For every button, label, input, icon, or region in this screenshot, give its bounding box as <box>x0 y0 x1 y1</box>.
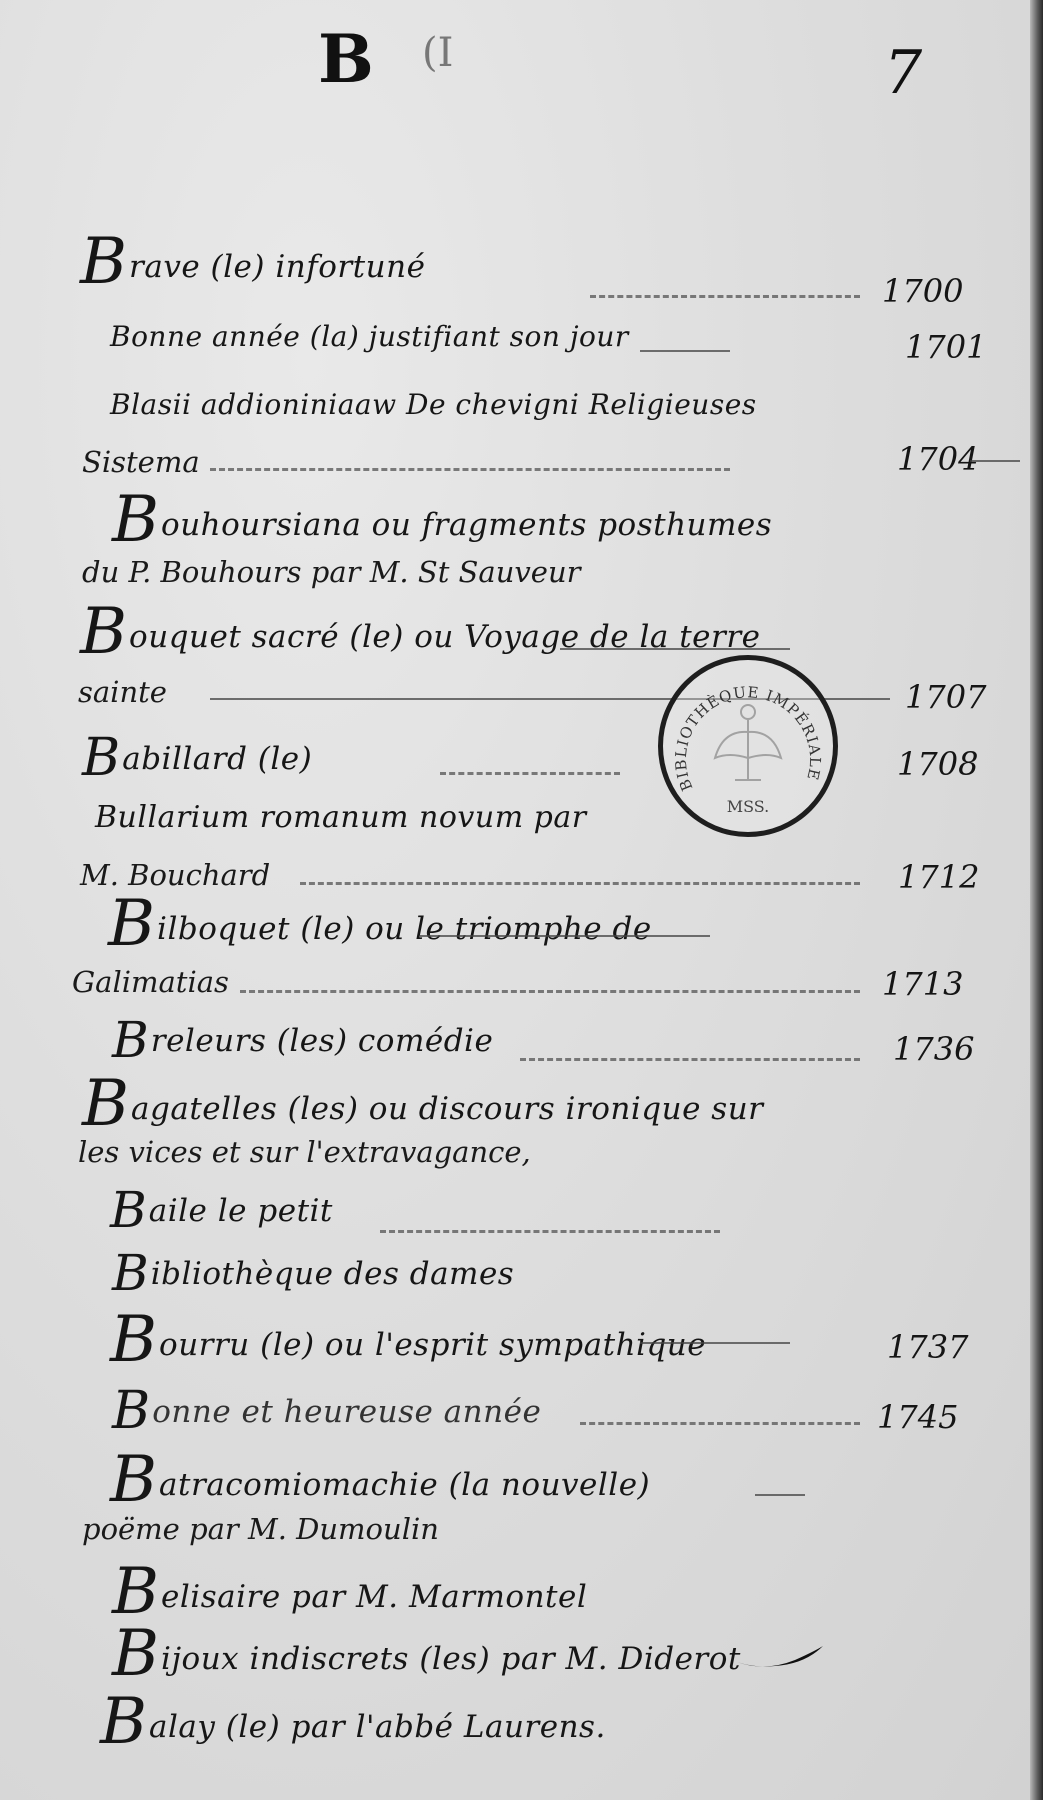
leader-dots <box>520 1058 860 1061</box>
entry-year: 1701 <box>905 328 986 366</box>
entry-bagatelles: Bagatelles (les) ou discours ironique su… <box>82 1072 764 1136</box>
entry-year: 1736 <box>893 1030 974 1068</box>
leader-dots <box>240 990 860 993</box>
entry-title: atracomiomachie (la nouvelle) <box>159 1467 650 1503</box>
entry-initial: B <box>110 1443 157 1517</box>
entry-initial: B <box>80 225 127 299</box>
entry-title: abillard (le) <box>122 741 312 777</box>
entry-title: releurs (les) comédie <box>151 1023 494 1059</box>
entry-year: 1745 <box>877 1398 958 1436</box>
ink-flourish <box>735 1642 825 1672</box>
entry-bijoux-indiscrets: Bijoux indiscrets (les) par M. Diderot <box>112 1622 741 1686</box>
entry-year: 1708 <box>897 745 978 783</box>
entry-title: ijoux indiscrets (les) par M. Diderot <box>161 1641 741 1677</box>
entry-title: ourru (le) ou l'esprit sympathique <box>159 1327 706 1363</box>
entry-year: 1713 <box>882 965 963 1003</box>
entry-initial: B <box>100 1685 147 1759</box>
entry-initial: B <box>110 320 131 353</box>
section-mark: (I <box>422 30 453 76</box>
entry-initial: B <box>112 1244 149 1302</box>
entry-title: onne et heureuse année <box>152 1394 541 1430</box>
entry-title: alay (le) par l'abbé Laurens. <box>149 1709 606 1745</box>
stamp-subtext: MSS. <box>727 797 770 816</box>
underline-rule <box>420 935 710 937</box>
entry-year: 1737 <box>887 1328 968 1366</box>
entry-continuation: les vices et sur l'extravagance, <box>78 1135 531 1169</box>
entry-title: elisaire par M. Marmontel <box>161 1579 587 1615</box>
library-stamp: BIBLIOTHÈQUE IMPÉRIALE MSS. <box>658 655 838 837</box>
underline-rule <box>640 350 730 352</box>
entry-bilboquet: Bilboquet (le) ou le triomphe de <box>108 892 652 956</box>
entry-title: ibliothèque des dames <box>151 1256 514 1292</box>
entry-year: 1707 <box>905 678 986 716</box>
entry-continuation: Galimatias <box>72 965 229 999</box>
leader-dots <box>590 295 860 298</box>
entry-blasii: Blasii addioniniaaw De chevigni Religieu… <box>110 388 757 421</box>
entry-title: ilboquet (le) ou le triomphe de <box>157 911 652 947</box>
entry-baile-le-petit: Baile le petit <box>110 1185 333 1235</box>
entry-initial: B <box>112 1011 149 1069</box>
leader-dots <box>580 1422 860 1425</box>
entry-initial: B <box>108 887 155 961</box>
entry-year: 1704 <box>897 440 978 478</box>
entry-title: aile le petit <box>149 1193 333 1229</box>
stamp-emblem-icon: BIBLIOTHÈQUE IMPÉRIALE MSS. <box>663 660 833 832</box>
entry-bibliotheque-des-dames: Bibliothèque des dames <box>112 1248 514 1298</box>
entry-bonne-annee: Bonne année (la) justifiant son jour <box>110 320 629 353</box>
entry-year: 1712 <box>898 858 979 896</box>
leader-dots <box>210 468 730 471</box>
entry-initial: B <box>110 1303 157 1377</box>
underline-rule <box>560 648 790 650</box>
leader-dots <box>440 772 620 775</box>
entry-balay: Balay (le) par l'abbé Laurens. <box>100 1690 606 1754</box>
entry-initial: B <box>80 595 127 669</box>
entry-continuation: sainte <box>78 675 167 709</box>
entry-initial: B <box>112 483 159 557</box>
underline-rule <box>640 1342 790 1344</box>
entry-initial: B <box>95 800 118 835</box>
entry-continuation: poëme par M. Dumoulin <box>82 1512 439 1546</box>
underline-rule <box>755 1494 805 1496</box>
entry-belisaire: Belisaire par M. Marmontel <box>112 1560 587 1624</box>
entry-babillard: Babillard (le) <box>82 732 312 784</box>
leader-dots <box>300 882 860 885</box>
entry-bouhoursiana: Bouhoursiana ou fragments posthumes <box>112 488 772 552</box>
entry-initial: B <box>82 728 120 788</box>
entry-brave: Brave (le) infortuné <box>80 230 425 294</box>
entry-title: agatelles (les) ou discours ironique sur <box>131 1091 763 1127</box>
entry-continuation: Sistema <box>82 445 200 479</box>
leader-dots <box>380 1230 720 1233</box>
entry-bourru: Bourru (le) ou l'esprit sympathique <box>110 1308 706 1372</box>
entry-continuation: du P. Bouhours par M. St Sauveur <box>82 555 580 589</box>
entry-year: 1700 <box>882 272 963 310</box>
entry-title: ullarium romanum novum par <box>118 800 587 835</box>
entry-breleurs: Breleurs (les) comédie <box>112 1015 493 1065</box>
entry-title: lasii addioniniaaw De chevigni Religieus… <box>131 388 757 421</box>
entry-title: rave (le) infortuné <box>129 249 425 285</box>
entry-initial: B <box>112 1617 159 1691</box>
entry-bouquet-sacre: Bouquet sacré (le) ou Voyage de la terre <box>80 600 761 664</box>
entry-title: onne année (la) justifiant son jour <box>131 320 629 353</box>
entry-initial: B <box>82 1067 129 1141</box>
section-letter: B <box>318 20 376 98</box>
underline-rule <box>970 460 1020 462</box>
entry-bullarium: Bullarium romanum novum par <box>95 800 587 835</box>
page-binding-edge <box>1030 0 1043 1800</box>
entry-initial: B <box>110 1181 147 1239</box>
page-number: 7 <box>884 38 922 108</box>
manuscript-page: B (I 7 Brave (le) infortuné 1700 Bonne a… <box>0 0 1030 1800</box>
entry-initial: B <box>112 1381 150 1441</box>
entry-initial: B <box>110 388 131 421</box>
entry-title: ouhoursiana ou fragments posthumes <box>161 507 772 543</box>
entry-bonne-et-heureuse-annee: Bonne et heureuse année <box>112 1385 541 1437</box>
entry-batracomiomachie: Batracomiomachie (la nouvelle) <box>110 1448 650 1512</box>
